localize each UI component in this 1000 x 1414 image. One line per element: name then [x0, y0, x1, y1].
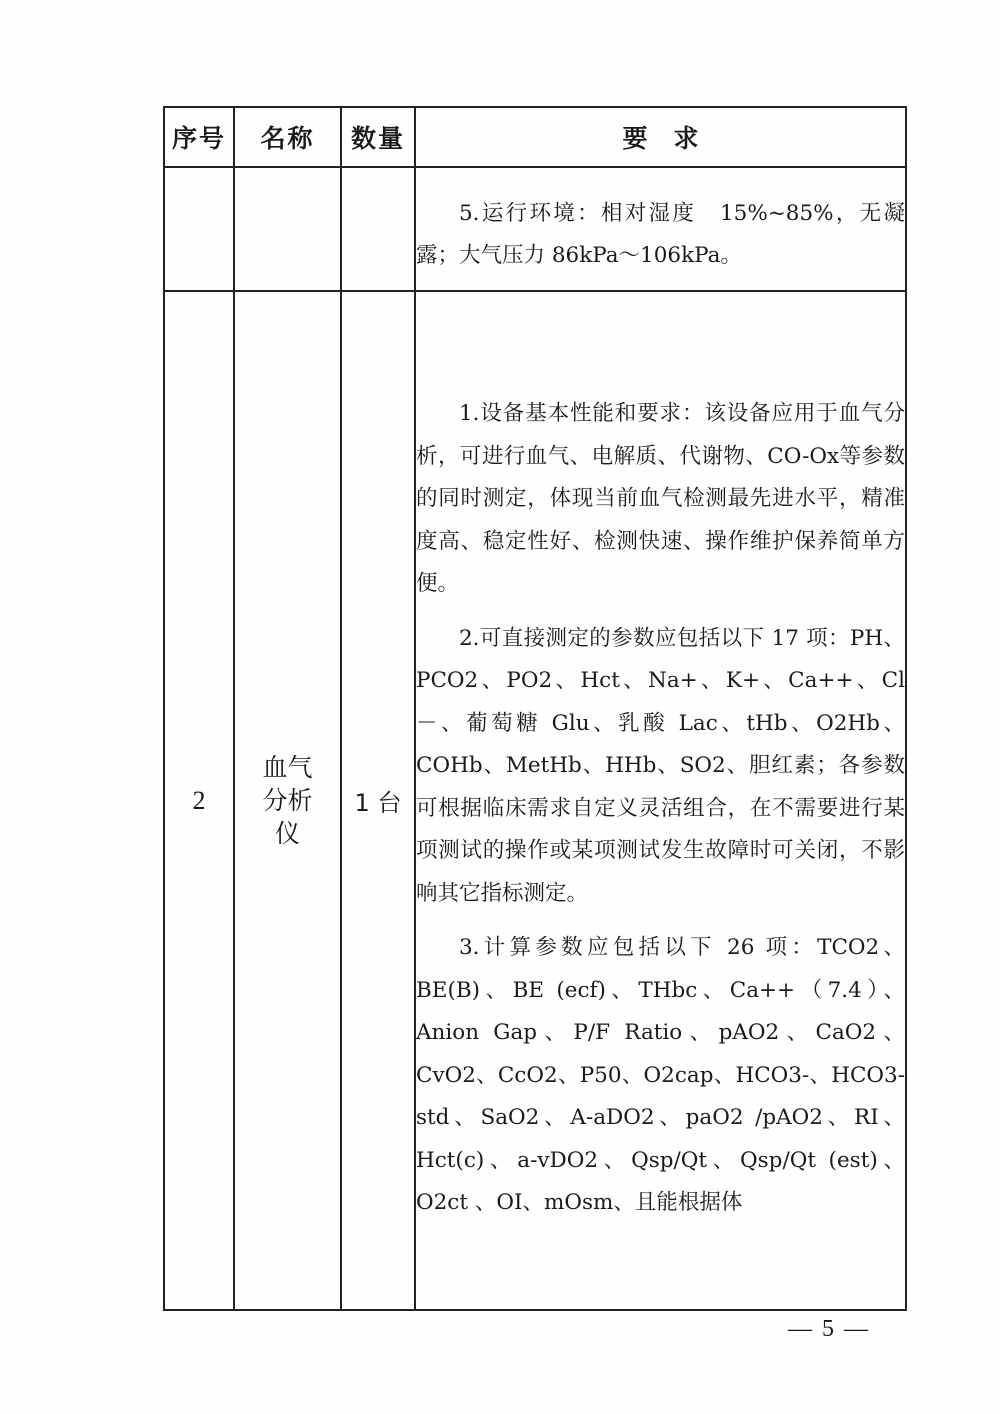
page-number: — 5 —: [788, 1316, 870, 1343]
cell-index: 2: [164, 291, 234, 1310]
header-name: 名称: [234, 107, 341, 167]
table-row: 2 血气分析仪 1 台 1.设备基本性能和要求：该设备应用于血气分析，可进行血气…: [164, 291, 906, 1310]
requirement-paragraph: 1.设备基本性能和要求：该设备应用于血气分析，可进行血气、电解质、代谢物、CO-…: [416, 393, 905, 606]
cell-quantity: 1 台: [341, 291, 415, 1310]
table-row: 5.运行环境：相对湿度 15%~85%，无凝露；大气压力 86kPa～106kP…: [164, 167, 906, 291]
requirement-paragraph: 5.运行环境：相对湿度 15%~85%，无凝露；大气压力 86kPa～106kP…: [416, 193, 905, 278]
cell-quantity: [341, 167, 415, 291]
cell-requirements: 1.设备基本性能和要求：该设备应用于血气分析，可进行血气、电解质、代谢物、CO-…: [415, 291, 906, 1310]
cell-name: 血气分析仪: [234, 291, 341, 1310]
requirement-paragraph: 2.可直接测定的参数应包括以下 17 项：PH、PCO2、PO2、Hct、Na+…: [416, 618, 905, 916]
cell-index: [164, 167, 234, 291]
cell-requirements: 5.运行环境：相对湿度 15%~85%，无凝露；大气压力 86kPa～106kP…: [415, 167, 906, 291]
header-requirements: 要求: [415, 107, 906, 167]
table-header-row: 序号 名称 数量 要求: [164, 107, 906, 167]
cell-name: [234, 167, 341, 291]
document-page: 序号 名称 数量 要求 5.运行环境：相对湿度 15%~85%，无凝露；大气压力…: [0, 0, 1000, 1414]
header-index: 序号: [164, 107, 234, 167]
specification-table: 序号 名称 数量 要求 5.运行环境：相对湿度 15%~85%，无凝露；大气压力…: [163, 106, 907, 1311]
header-quantity: 数量: [341, 107, 415, 167]
requirement-paragraph: 3.计算参数应包括以下 26 项：TCO2、BE(B)、BE (ecf)、THb…: [416, 927, 905, 1225]
